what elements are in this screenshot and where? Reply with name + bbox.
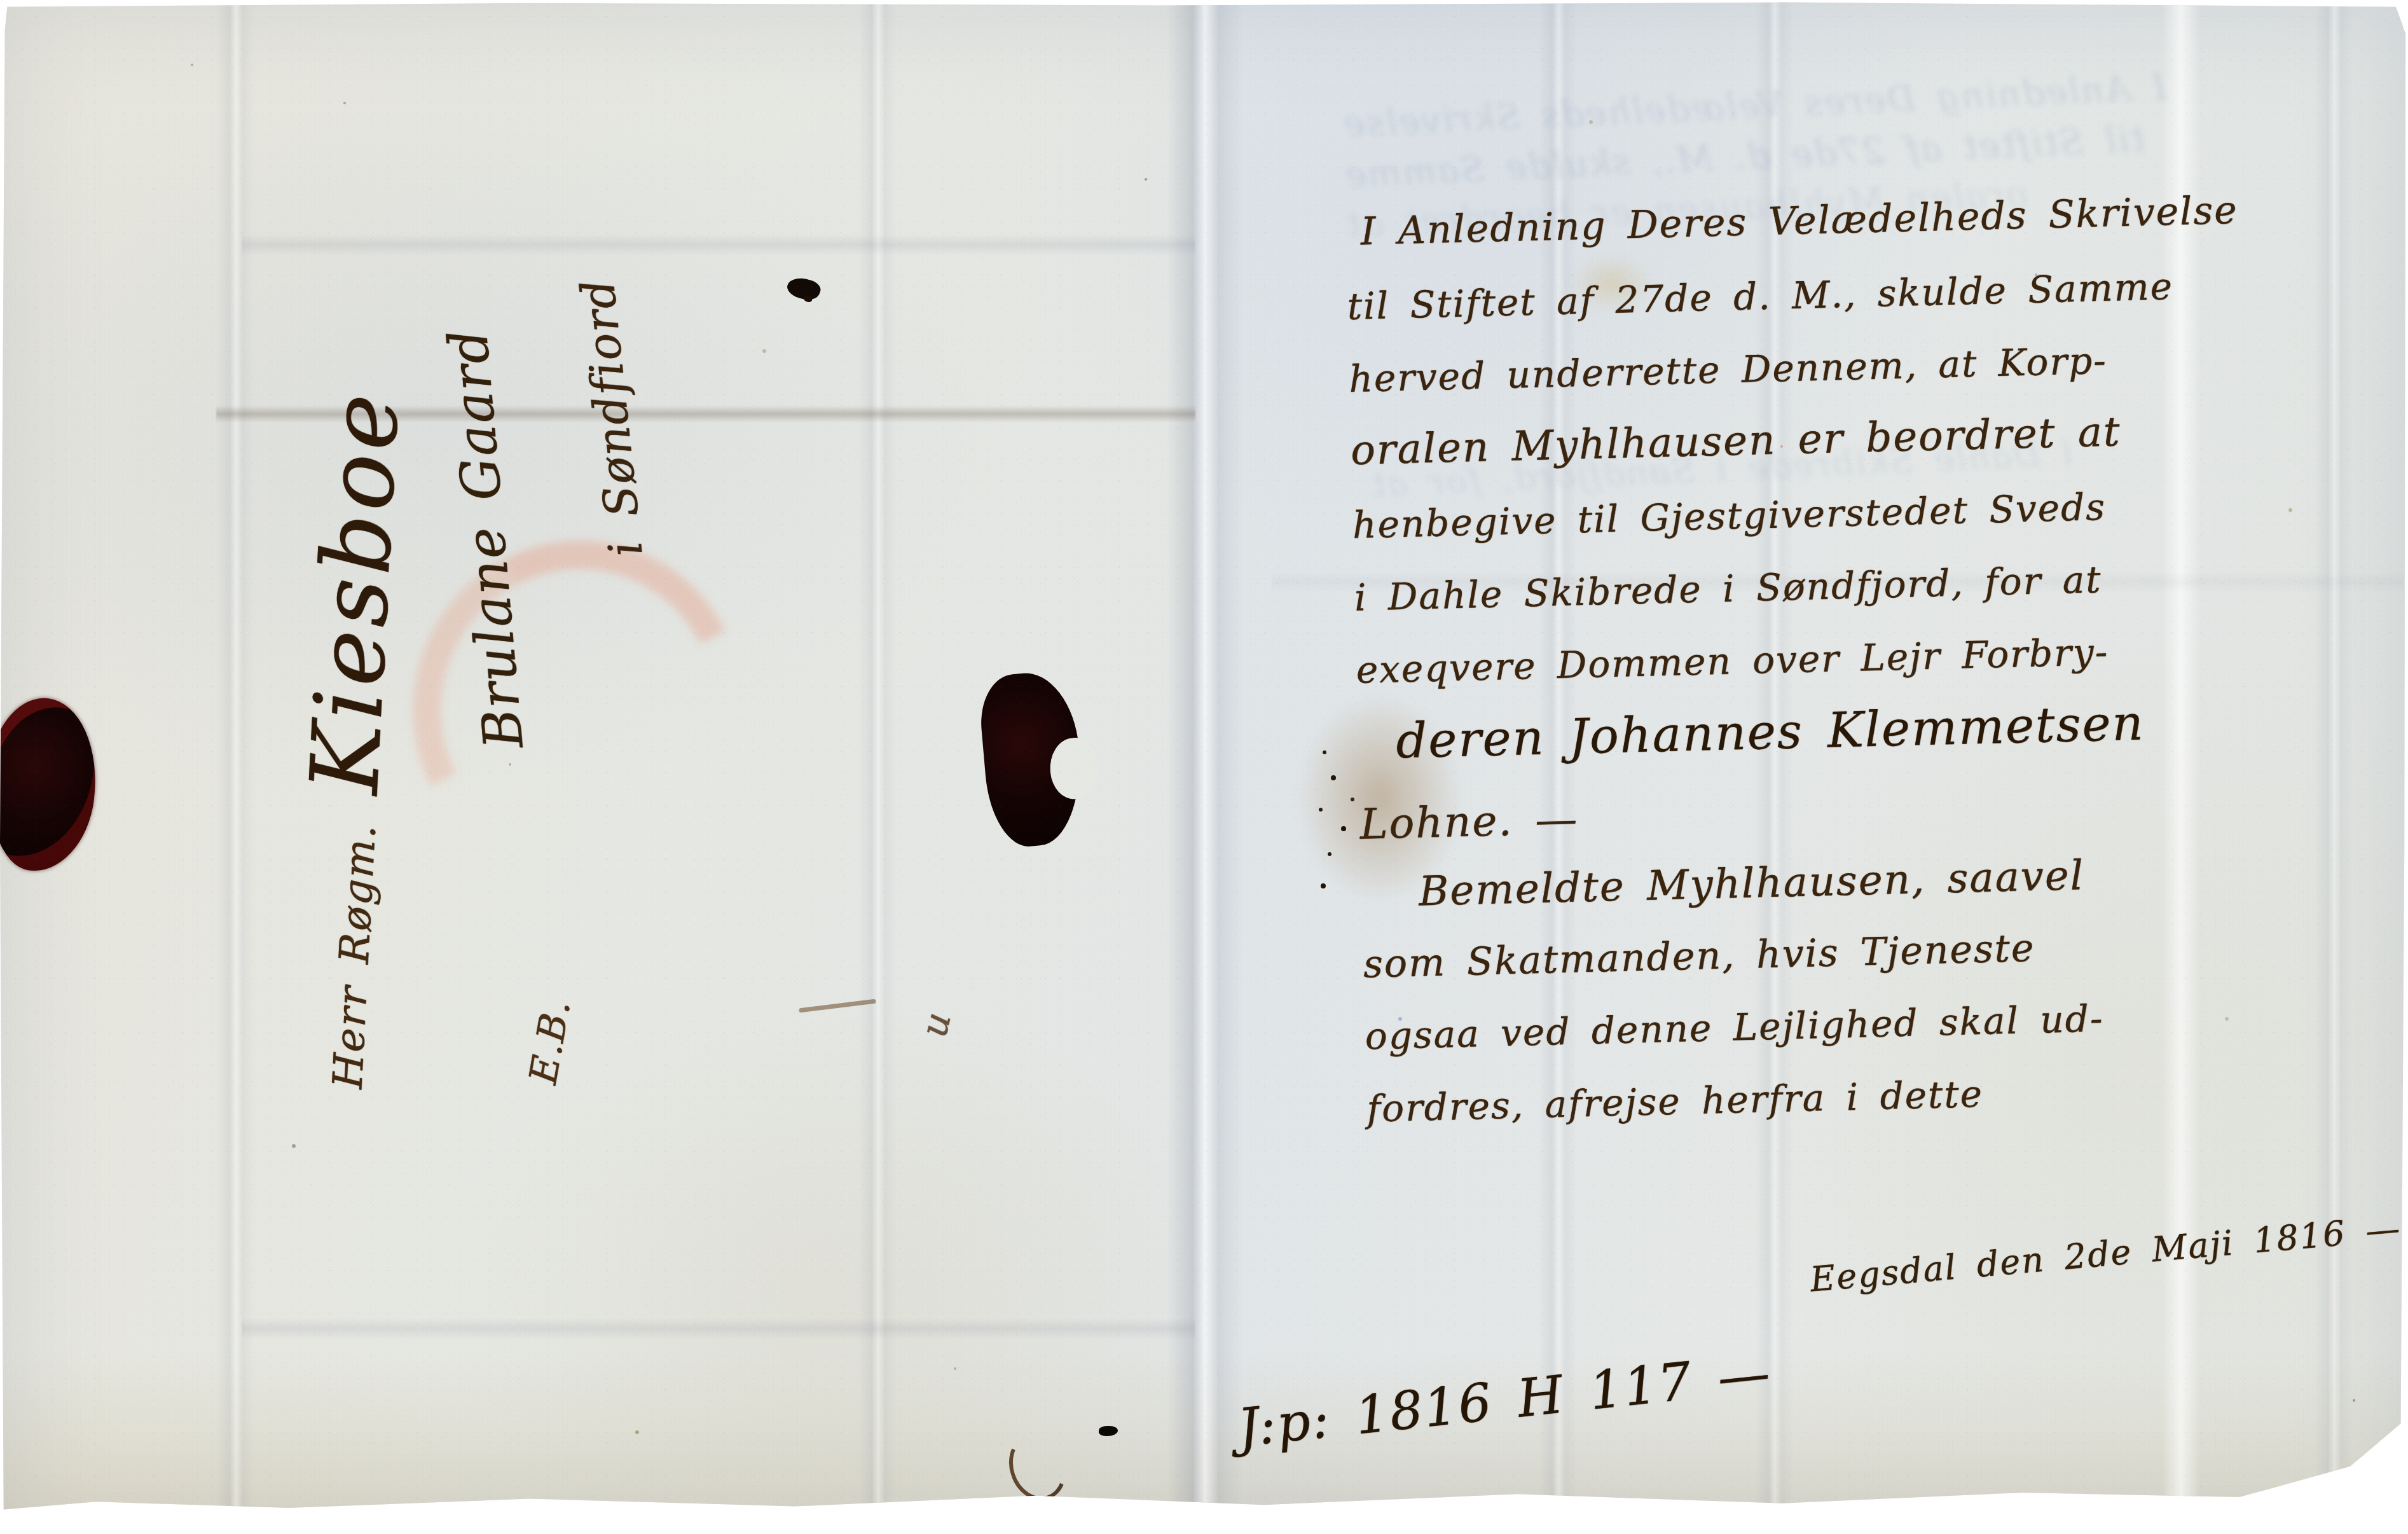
paper-tone-right	[1195, 0, 2408, 1534]
letter-line: henbegive til Gjestgiverstedet Sveds	[1352, 485, 2106, 547]
letter-line: som Skatmanden, hvis Tjeneste	[1363, 926, 2035, 987]
fold-crease-horizontal	[1272, 571, 2404, 593]
ink-blot	[785, 274, 822, 304]
fold-crease-dirty	[216, 406, 1195, 422]
fold-crease-vertical	[858, 0, 897, 1534]
pen-flourish	[1000, 1425, 1075, 1508]
address-estate-line: Brulane Gaard	[431, 261, 567, 814]
letter-line: herved underrette Dennem, at Korp-	[1349, 339, 2108, 401]
letter-line: til Stiftet af 27de d. M., skulde Samme	[1347, 265, 2174, 328]
journal-notation: J:p: 1816 H 117 —	[1235, 1343, 1774, 1459]
district-name: i Søndfiord	[570, 276, 652, 559]
letter-line: Lohne. —	[1359, 794, 1579, 848]
fold-crease-vertical	[216, 0, 254, 1534]
sender-initials: E.B.	[514, 956, 605, 1130]
scanned-letter-page: { "scan": { "background_color": "#ffffff…	[0, 0, 2408, 1534]
stray-letter-mark: u	[912, 1007, 960, 1042]
address-district-line: i Søndfiord	[567, 236, 673, 597]
bleedthrough-line: til Stiftet af 27de d. M., skulde Samme	[1343, 118, 2145, 196]
letter-line: oralen Myhlhausen er beordret at	[1350, 408, 2121, 474]
stain-specks	[1323, 750, 1326, 754]
fold-crease-horizontal	[242, 1318, 1195, 1339]
letter-line: deren Johannes Klemmetsen	[1395, 694, 2145, 770]
letter-paper: u Herr Røgm. Kiesboe Brulane Gaard i Søn…	[0, 0, 2408, 1534]
fold-crease-vertical	[2162, 0, 2200, 1534]
ink-stain	[1297, 693, 1462, 903]
letter-line: ogsaa ved denne Lejlighed skal ud-	[1365, 997, 2104, 1058]
bleedthrough-line: i Dahle Skibrede i Søndfjord, for at	[1370, 433, 2073, 505]
fold-crease-vertical	[2315, 0, 2353, 1534]
letter-line: fordres, afrejse herfra i dette	[1366, 1072, 1984, 1131]
letter-line: Bemeldte Myhlhausen, saavel	[1418, 852, 2085, 916]
bleedthrough-line: oralen Myhlhausen er beordret at	[1344, 174, 2028, 246]
postal-stamp-smudge	[369, 498, 787, 919]
wax-seal-left-icon	[0, 693, 106, 877]
recipient-name: Kiesboe	[290, 387, 420, 796]
stray-dash-mark	[799, 999, 876, 1013]
estate-name: Brulane Gaard	[436, 326, 535, 752]
ink-spot	[1099, 1426, 1118, 1436]
bleedthrough-line: I Anledning Deres Velædelheds Skrivelse	[1342, 67, 2167, 146]
fold-crease-vertical	[1539, 0, 1577, 1534]
wax-seal-center-icon	[977, 669, 1087, 850]
letter-line: i Dahle Skibrede i Søndfjord, for at	[1354, 558, 2102, 619]
fold-crease-vertical	[1755, 0, 1793, 1534]
letter-line: I Anledning Deres Velædelheds Skrivelse	[1360, 188, 2238, 254]
recipient-prefix: Herr Røgm.	[324, 823, 385, 1090]
center-fold-crease	[1167, 0, 1243, 1534]
paper-speckles	[191, 64, 193, 66]
paper-tone-left	[0, 0, 1195, 1534]
address-recipient-line: Herr Røgm. Kiesboe	[268, 260, 495, 1222]
fold-crease-horizontal	[242, 234, 1195, 256]
letter-dateline: Eegsdal den 2de Maji 1816 —	[1808, 1208, 2403, 1299]
letter-line: exeqvere Dommen over Lejr Forbry-	[1356, 630, 2109, 692]
paper-stain	[1571, 254, 1653, 312]
